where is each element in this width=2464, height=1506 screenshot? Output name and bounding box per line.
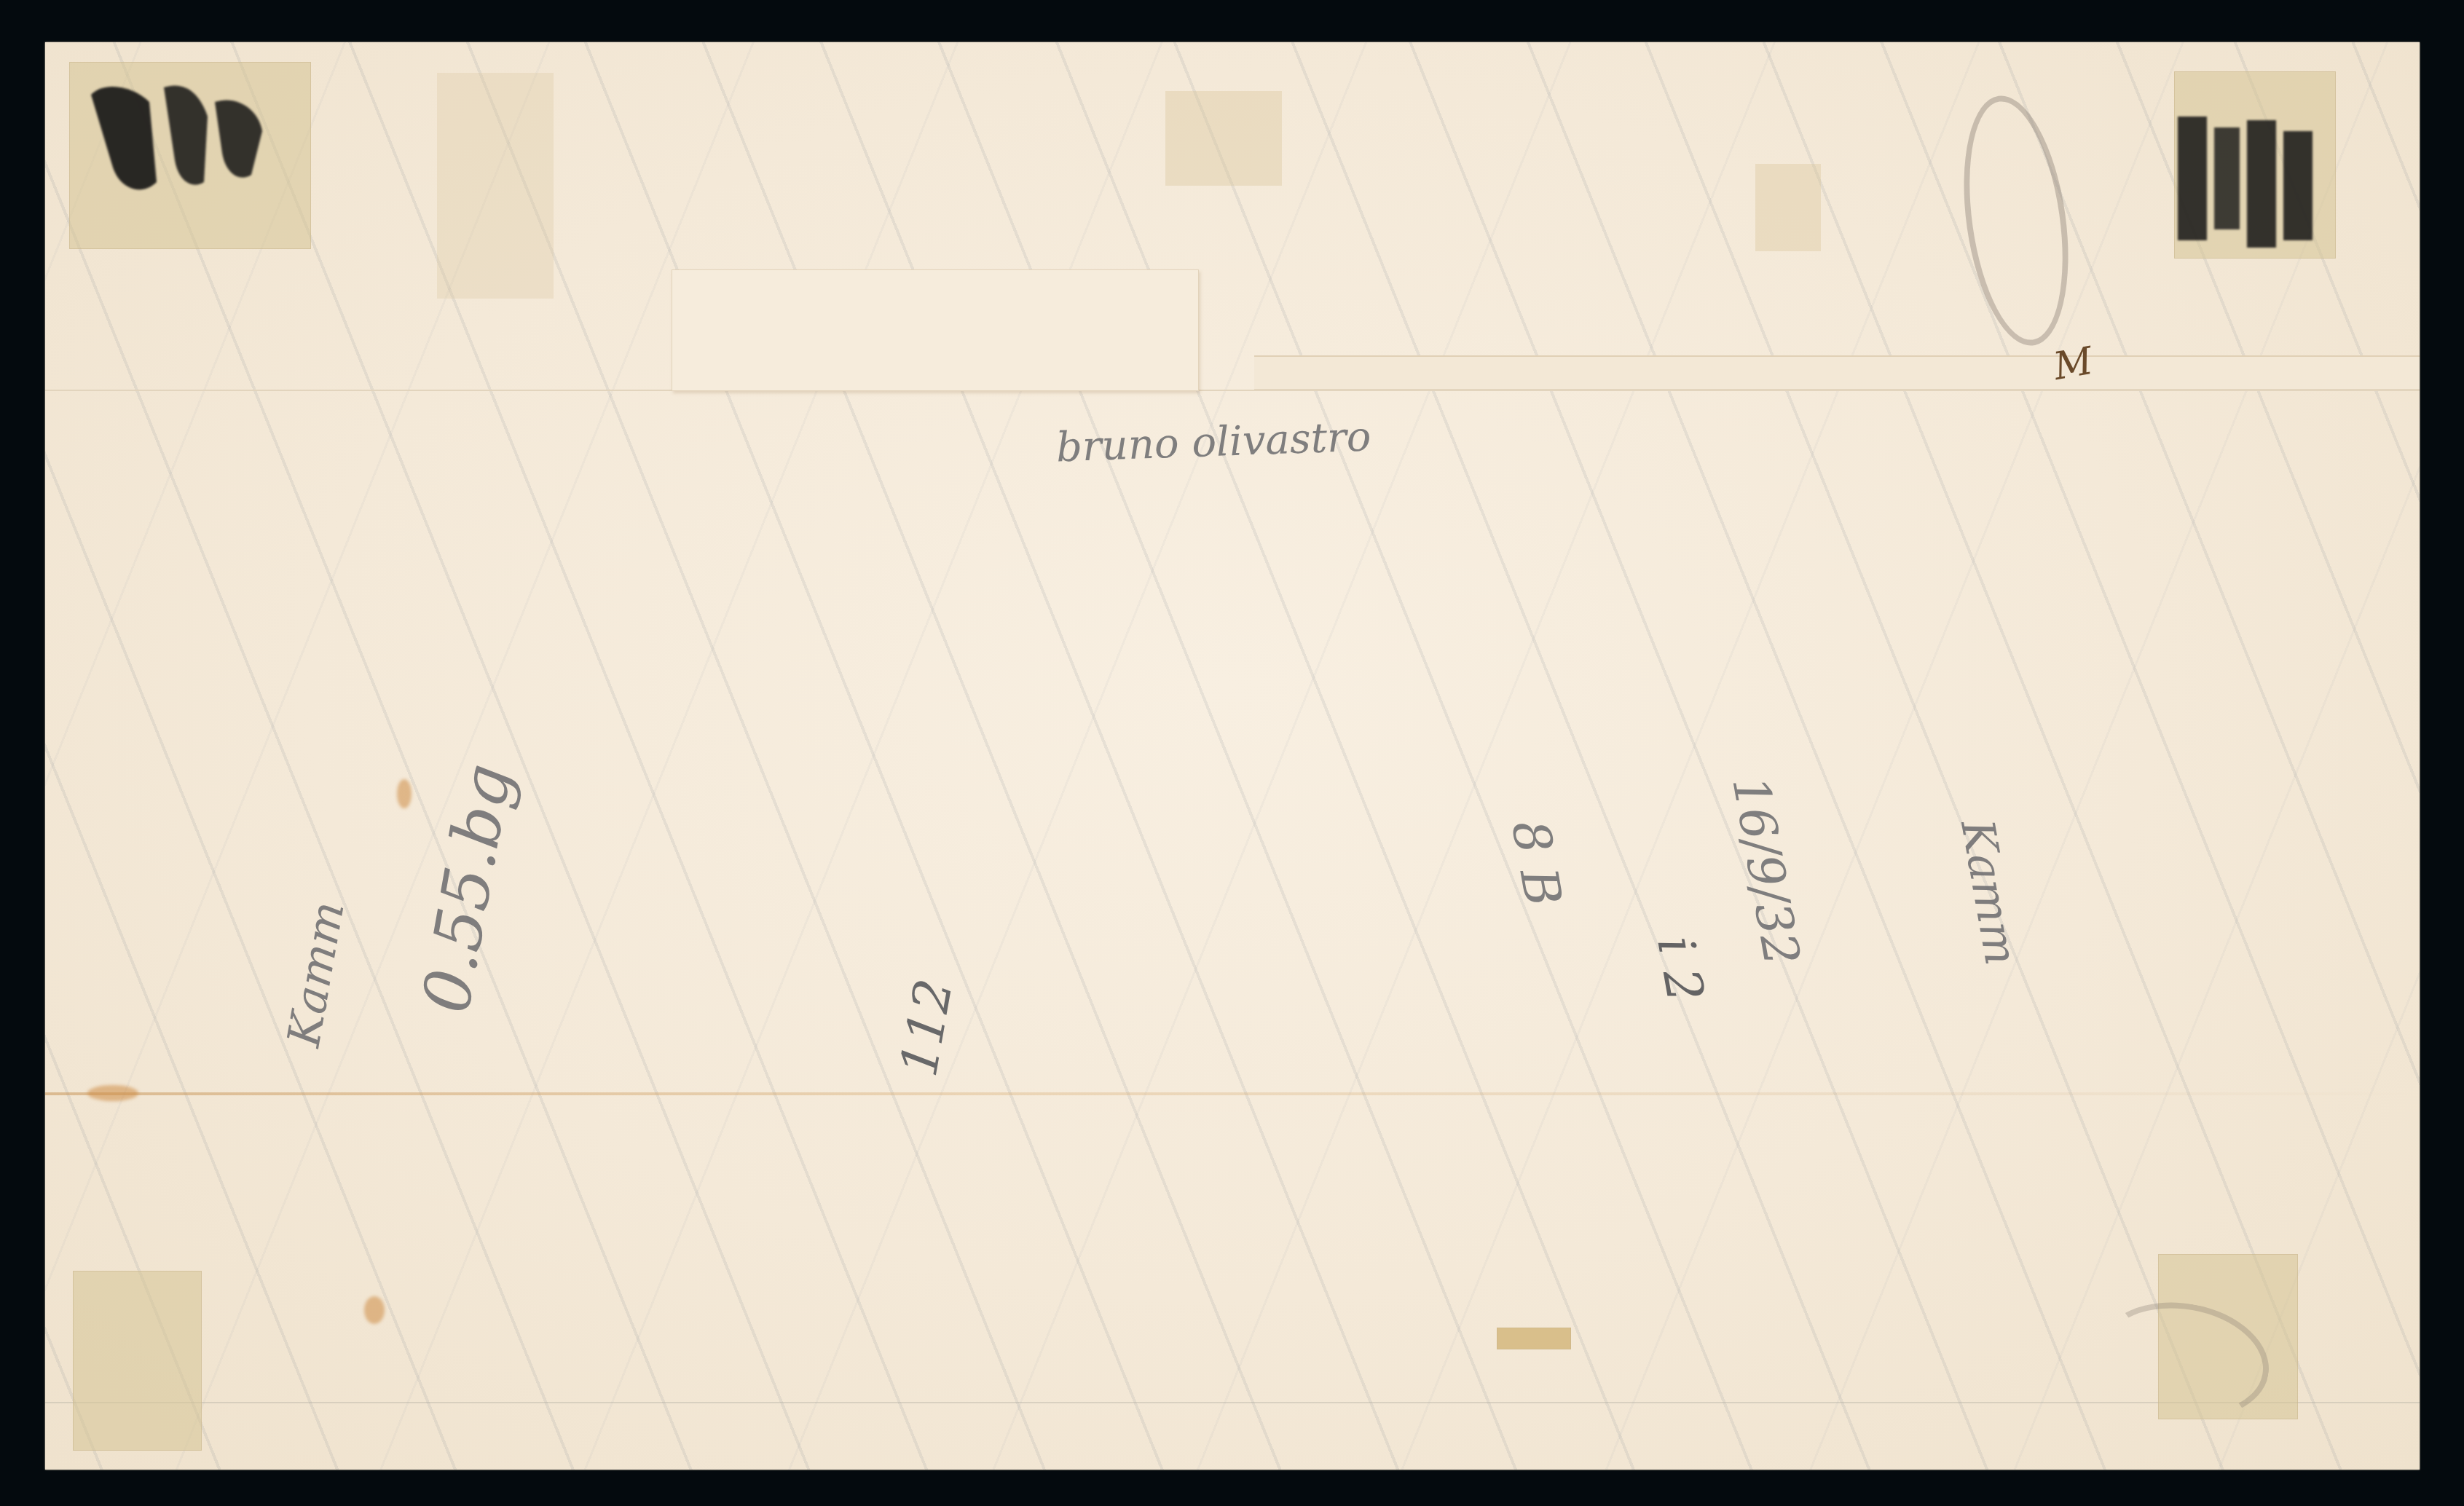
fold-stain-line — [45, 1092, 2420, 1095]
foxing-spot — [397, 779, 412, 808]
foxing-spot — [87, 1085, 138, 1101]
pencil-code: i 2 — [1645, 932, 1715, 1006]
hinge-shadow — [437, 73, 554, 299]
hinge-shadow — [1165, 91, 1282, 186]
paper-insert-slip — [672, 269, 1199, 391]
folded-flap-strip — [1254, 355, 2420, 390]
cancellation-mark-icon — [2174, 102, 2320, 259]
foxing-spot — [364, 1296, 385, 1324]
hinge-bottom-center — [1497, 1328, 1571, 1349]
hinge-bottom-left — [73, 1271, 202, 1451]
ink-fragment: M — [2050, 339, 2096, 389]
cancellation-mark-icon — [76, 73, 273, 218]
hinge-shadow — [1755, 164, 1821, 251]
fold-line — [45, 1402, 2420, 1403]
